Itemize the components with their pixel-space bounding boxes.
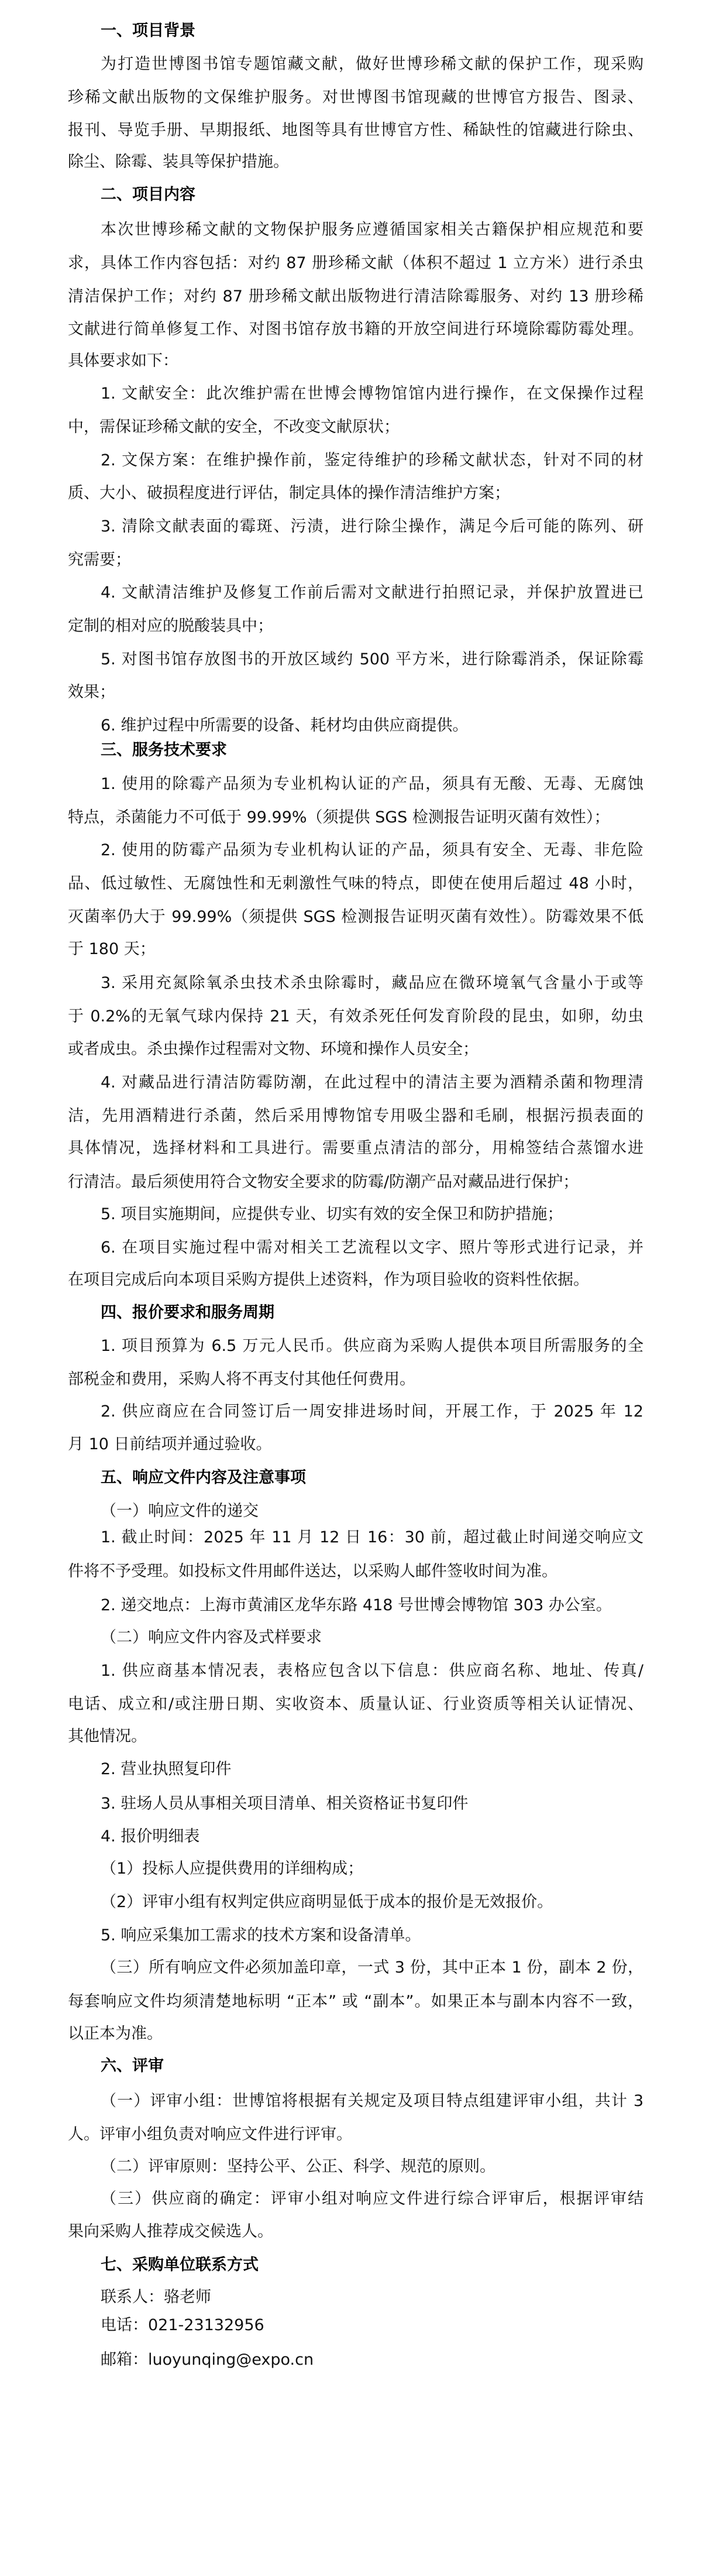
body-line: 品、低过敏性、无腐蚀性和无刺激性气味的特点，即使在使用后超过 48 小时， [68, 873, 643, 894]
body-line: 1. 项目预算为 6.5 万元人民币。供应商为采购人提供本项目所需服务的全 [101, 1336, 643, 1357]
body-line: 洁，先用酒精进行杀菌，然后采用博物馆专用吸尘器和毛刷，根据污损表面的 [68, 1106, 643, 1127]
body-line: （二）响应文件内容及式样要求 [101, 1627, 322, 1648]
body-line: 或者成虫。杀虫操作过程需对文物、环境和操作人员安全； [68, 1039, 479, 1060]
body-line: 定制的相对应的脱酸装具中； [68, 616, 273, 637]
body-line: （三）供应商的确定：评审小组对响应文件进行综合评审后，根据评审结 [101, 2189, 643, 2210]
body-line: （一）响应文件的递交 [101, 1501, 259, 1522]
contact-phone: 电话、成立和/或注册日期、实收资本、质量认证、行业资质等相关认证情况、 [68, 1694, 643, 1715]
body-line: 珍稀文献出版物的文保维护服务。对世博图书馆现藏的世博官方报告、图录、 [68, 87, 643, 108]
body-line: 2. 使用的防霉产品须为专业机构认证的产品，须具有安全、无毒、非危险 [101, 840, 643, 861]
section-heading: 二、项目内容 [101, 184, 195, 205]
section-heading: 四、报价要求和服务周期 [101, 1302, 274, 1323]
body-line: 果向采购人推荐成交候选人。 [68, 2221, 273, 2242]
body-line: 报刊、导览手册、早期报纸、地图等具有世博官方性、稀缺性的馆藏进行除虫、 [68, 120, 643, 141]
contact-phone: 电话：021-23132956 [101, 2315, 264, 2336]
body-line: 5. 响应采集加工需求的技术方案和设备清单。 [101, 1925, 421, 1946]
body-line: 2. 营业执照复印件 [101, 1759, 231, 1780]
body-line: 4. 报价明细表 [101, 1826, 199, 1847]
body-line: 文献进行简单修复工作、对图书馆存放书籍的开放空间进行环境除霉防霉处理。 [68, 319, 643, 340]
body-line: 1. 截止时间：2025 年 11 月 12 日 16：30 前，超过截止时间递… [101, 1527, 643, 1548]
body-line: 3. 驻场人员从事相关项目清单、相关资格证书复印件 [101, 1793, 468, 1814]
body-line: 2. 递交地点：上海市黄浦区龙华东路 418 号世博会博物馆 303 办公室。 [101, 1595, 612, 1616]
body-line: 部税金和费用，采购人将不再支付其他任何费用。 [68, 1369, 415, 1390]
body-line: 其他情况。 [68, 1726, 147, 1747]
body-line: 清洁保护工作；对约 87 册珍稀文献出版物进行清洁除霉服务、对约 13 册珍稀 [68, 286, 643, 307]
section-heading: 七、采购单位联系方式 [101, 2255, 259, 2276]
body-line: 于 180 天； [68, 939, 156, 960]
body-line: 5. 对图书馆存放图书的开放区域约 500 平方米，进行除霉消杀，保证除霉 [101, 649, 643, 670]
contact-email: 邮箱：luoyunqing@expo.cn [101, 2349, 314, 2371]
body-line: 为打造世博图书馆专题馆藏文献，做好世博珍稀文献的保护工作，现采购 [101, 54, 643, 75]
body-line: 1. 使用的除霉产品须为专业机构认证的产品，须具有无酸、无毒、无腐蚀 [101, 774, 643, 795]
body-line: （二）评审原则：坚持公平、公正、科学、规范的原则。 [101, 2156, 495, 2177]
body-line: 灭菌率仍大于 99.99%（须提供 SGS 检测报告证明灭菌有效性）。防霉效果不… [68, 907, 643, 928]
body-line: 求，具体工作内容包括：对约 87 册珍稀文献（体积不超过 1 立方米）进行杀虫 [68, 253, 643, 274]
body-line: 除尘、除霉、装具等保护措施。 [68, 152, 289, 173]
body-line: 行清洁。最后须使用符合文物安全要求的防霉/防潮产品对藏品进行保护； [68, 1172, 579, 1193]
body-line: 1. 文献安全：此次维护需在世博会博物馆馆内进行操作，在文保操作过程 [101, 383, 643, 404]
body-line: 究需要； [68, 550, 131, 571]
contact-person: 联系人：骆老师 [101, 2287, 211, 2308]
body-line: 5. 项目实施期间，应提供专业、切实有效的安全保卫和防护措施； [101, 1204, 563, 1225]
body-line: （2）评审小组有权判定供应商明显低于成本的报价是无效报价。 [101, 1892, 553, 1913]
body-line: 件将不予受理。如投标文件用邮件送达，以采购人邮件签收时间为准。 [68, 1561, 558, 1582]
body-line: 特点，杀菌能力不可低于 99.99%（须提供 SGS 检测报告证明灭菌有效性）； [68, 807, 610, 828]
body-line: 2. 文保方案：在维护操作前，鉴定待维护的珍稀文献状态，针对不同的材 [101, 450, 643, 471]
procurement-document: 一、项目背景为打造世博图书馆专题馆藏文献，做好世博珍稀文献的保护工作，现采购珍稀… [0, 0, 702, 2576]
body-line: 6. 在项目实施过程中需对相关工艺流程以文字、照片等形式进行记录，并 [101, 1237, 643, 1258]
body-line: 质、大小、破损程度进行评估，制定具体的操作清洁维护方案； [68, 483, 510, 504]
body-line: 中，需保证珍稀文献的安全，不改变文献原状； [68, 417, 400, 438]
body-line: （三）所有响应文件必须加盖印章，一式 3 份，其中正本 1 份，副本 2 份， [101, 1957, 643, 1978]
body-line: 月 10 日前结项并通过验收。 [68, 1434, 272, 1455]
body-line: 3. 清除文献表面的霉斑、污渍，进行除尘操作，满足今后可能的陈列、研 [101, 516, 643, 537]
body-line: 1. 供应商基本情况表，表格应包含以下信息：供应商名称、地址、传真/ [101, 1661, 643, 1682]
section-heading: 一、项目背景 [101, 20, 195, 42]
body-line: （1）投标人应提供费用的详细构成； [101, 1858, 363, 1879]
body-line: 本次世博珍稀文献的文物保护服务应遵循国家相关古籍保护相应规范和要 [101, 219, 643, 241]
body-line: 3. 采用充氮除氧杀虫技术杀虫除霉时，藏品应在微环境氧气含量小于或等 [101, 973, 643, 994]
body-line: 人。评审小组负责对响应文件进行评审。 [68, 2124, 352, 2145]
body-line: 在项目完成后向本项目采购方提供上述资料，作为项目验收的资料性依据。 [68, 1270, 589, 1291]
body-line: 具体情况，选择材料和工具进行。需要重点清洁的部分，用棉签结合蒸馏水进 [68, 1138, 643, 1159]
section-heading: 六、评审 [101, 2056, 164, 2077]
body-line: 每套响应文件均须清楚地标明 “正本” 或 “副本”。如果正本与副本内容不一致， [68, 1991, 643, 2012]
body-line: （一）评审小组：世博馆将根据有关规定及项目特点组建评审小组，共计 3 [101, 2091, 643, 2112]
body-line: 于 0.2%的无氧气球内保持 21 天，有效杀死任何发育阶段的昆虫，如卵，幼虫 [68, 1006, 643, 1027]
section-heading: 五、响应文件内容及注意事项 [101, 1467, 306, 1488]
body-line: 4. 文献清洁维护及修复工作前后需对文献进行拍照记录，并保护放置进已 [101, 582, 643, 603]
section-heading: 三、服务技术要求 [101, 740, 227, 761]
body-line: 2. 供应商应在合同签订后一周安排进场时间，开展工作，于 2025 年 12 [101, 1401, 643, 1422]
body-line: 具体要求如下： [68, 351, 178, 372]
body-line: 以正本为准。 [68, 2023, 163, 2045]
body-line: 4. 对藏品进行清洁防霉防潮，在此过程中的清洁主要为酒精杀菌和物理清 [101, 1072, 643, 1093]
body-line: 效果； [68, 682, 115, 703]
body-line: 6. 维护过程中所需要的设备、耗材均由供应商提供。 [101, 715, 468, 736]
